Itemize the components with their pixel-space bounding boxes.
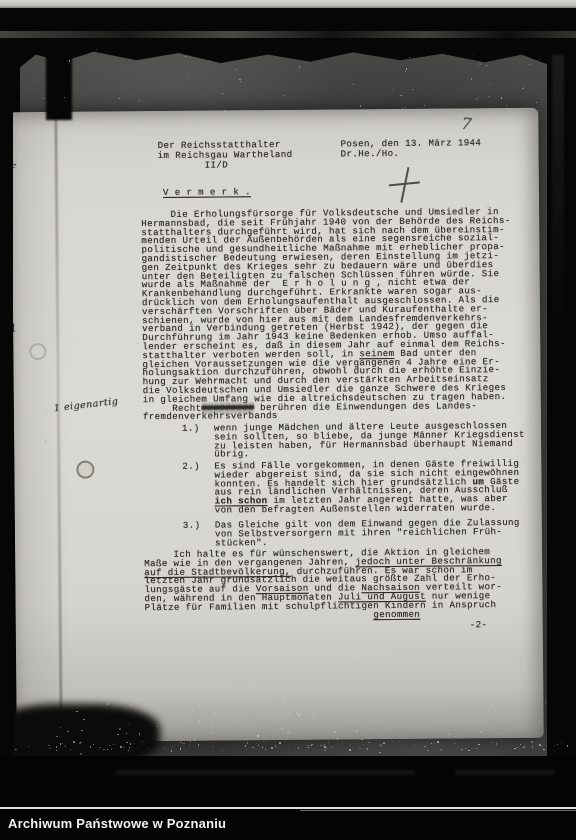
- memo-title-text: V e r m e r k .: [163, 186, 251, 198]
- paragraph-1: Die Erholungsfürsorge für Volksdeutsche …: [141, 208, 512, 422]
- margin-note-handwritten: 1 eigenartig: [53, 396, 119, 414]
- item-text: wenn junge Mädchen und ältere Leute ausg…: [214, 422, 525, 460]
- item-number: 2.): [182, 463, 200, 472]
- scan-frame-left: [0, 0, 13, 840]
- edge-shadow: [552, 55, 564, 315]
- reference-line: Dr.He./Ho.: [341, 148, 482, 159]
- item-number: 1.): [182, 425, 200, 434]
- item-text: Das Gleiche gilt von dem Einwand gegen d…: [215, 519, 520, 548]
- numbered-item-3: 3.) Das Gleiche gilt von dem Einwand geg…: [183, 519, 520, 548]
- handwritten-page-number: 7: [460, 114, 473, 134]
- ghost-text: [455, 770, 555, 775]
- scanner-edge-strip: [0, 0, 576, 8]
- memo-title: V e r m e r k .: [163, 186, 251, 198]
- ghost-text: [115, 770, 415, 775]
- scanner-streak: [0, 31, 576, 38]
- numbered-item-1: 1.) wenn junge Mädchen und ältere Leute …: [182, 422, 525, 460]
- archival-scan: Der Reichsstatthalterim Reichsgau Warthe…: [0, 0, 576, 840]
- page-number: -2-: [470, 621, 488, 630]
- watermark-divider-line: [0, 807, 576, 809]
- watermark-text: Archiwum Państwowe w Poznaniu: [8, 816, 226, 831]
- item-number: 3.): [183, 522, 201, 531]
- watermark-divider-line-2: [300, 810, 576, 811]
- item-text: Es sind Fälle vorgekommen, in denen Gäst…: [214, 460, 519, 515]
- numbered-item-2: 2.) Es sind Fälle vorgekommen, in denen …: [182, 460, 519, 516]
- paragraph-2: Ich halte es für wünschenswert, die Akti…: [144, 548, 502, 621]
- document-page: Der Reichsstatthalterim Reichsgau Warthe…: [11, 108, 543, 743]
- watermark-bar: Archiwum Państwowe w Poznaniu: [0, 756, 576, 840]
- sender-block: Der Reichsstatthalterim Reichsgau Warthe…: [158, 140, 293, 171]
- handwritten-cross-mark: [400, 167, 409, 203]
- typed-content: Der Reichsstatthalterim Reichsgau Warthe…: [11, 108, 543, 743]
- dateline-block: Posen, den 13. März 1944 Dr.He./Ho.: [341, 138, 482, 159]
